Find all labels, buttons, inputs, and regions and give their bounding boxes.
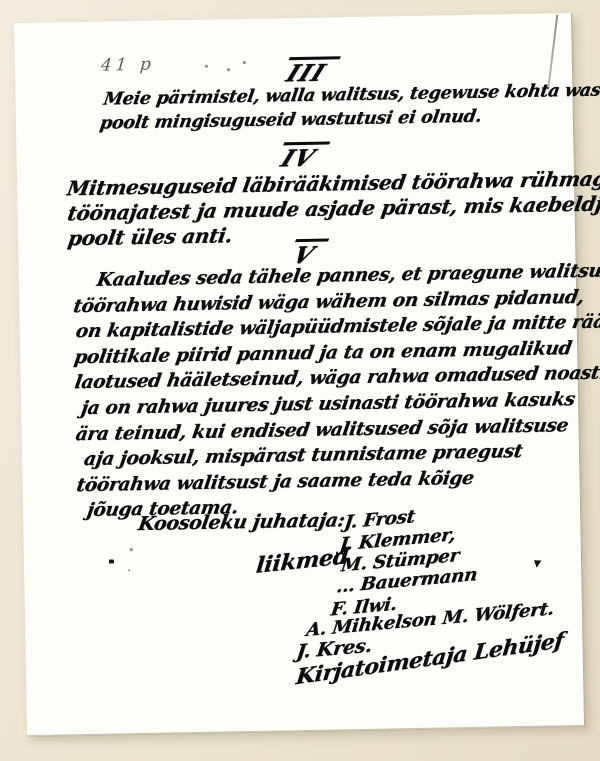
ink-speck xyxy=(534,558,543,568)
chairman-label: Koosoleku juhataja: xyxy=(138,509,344,535)
photo-backdrop: 41 p III Meie pärimistel, walla walitsus… xyxy=(0,0,600,761)
section-v-paragraph: Kaaludes seda tähele pannes, et praegune… xyxy=(73,258,600,524)
secretary-signature: Kirjatoimetaja Lehüjef xyxy=(296,660,558,690)
paper-dirt-dot xyxy=(205,65,208,68)
paper-dirt-dot xyxy=(128,569,130,571)
section-iii-paragraph: Meie pärimistel, walla walitsus, tegewus… xyxy=(99,77,600,136)
paper-dirt-dot xyxy=(227,68,230,71)
section-iv-paragraph: Mitmesuguseid läbirääkimised töörahwa rü… xyxy=(67,166,600,252)
signature-name: ... Bauermann xyxy=(336,574,475,598)
paper-dirt-dot xyxy=(243,61,246,64)
document-paper: 41 p III Meie pärimistel, walla walitsus… xyxy=(14,13,585,736)
paper-dirt-dot xyxy=(130,548,133,551)
pencil-page-mark: 41 p xyxy=(100,55,156,76)
chairman-label-text: Koosoleku juhataja: xyxy=(137,509,347,535)
members-label: liikmed xyxy=(256,551,347,579)
ink-speck xyxy=(109,559,114,563)
section-numeral-iv: IV xyxy=(271,141,330,174)
members-label-text: liikmed xyxy=(255,543,350,579)
